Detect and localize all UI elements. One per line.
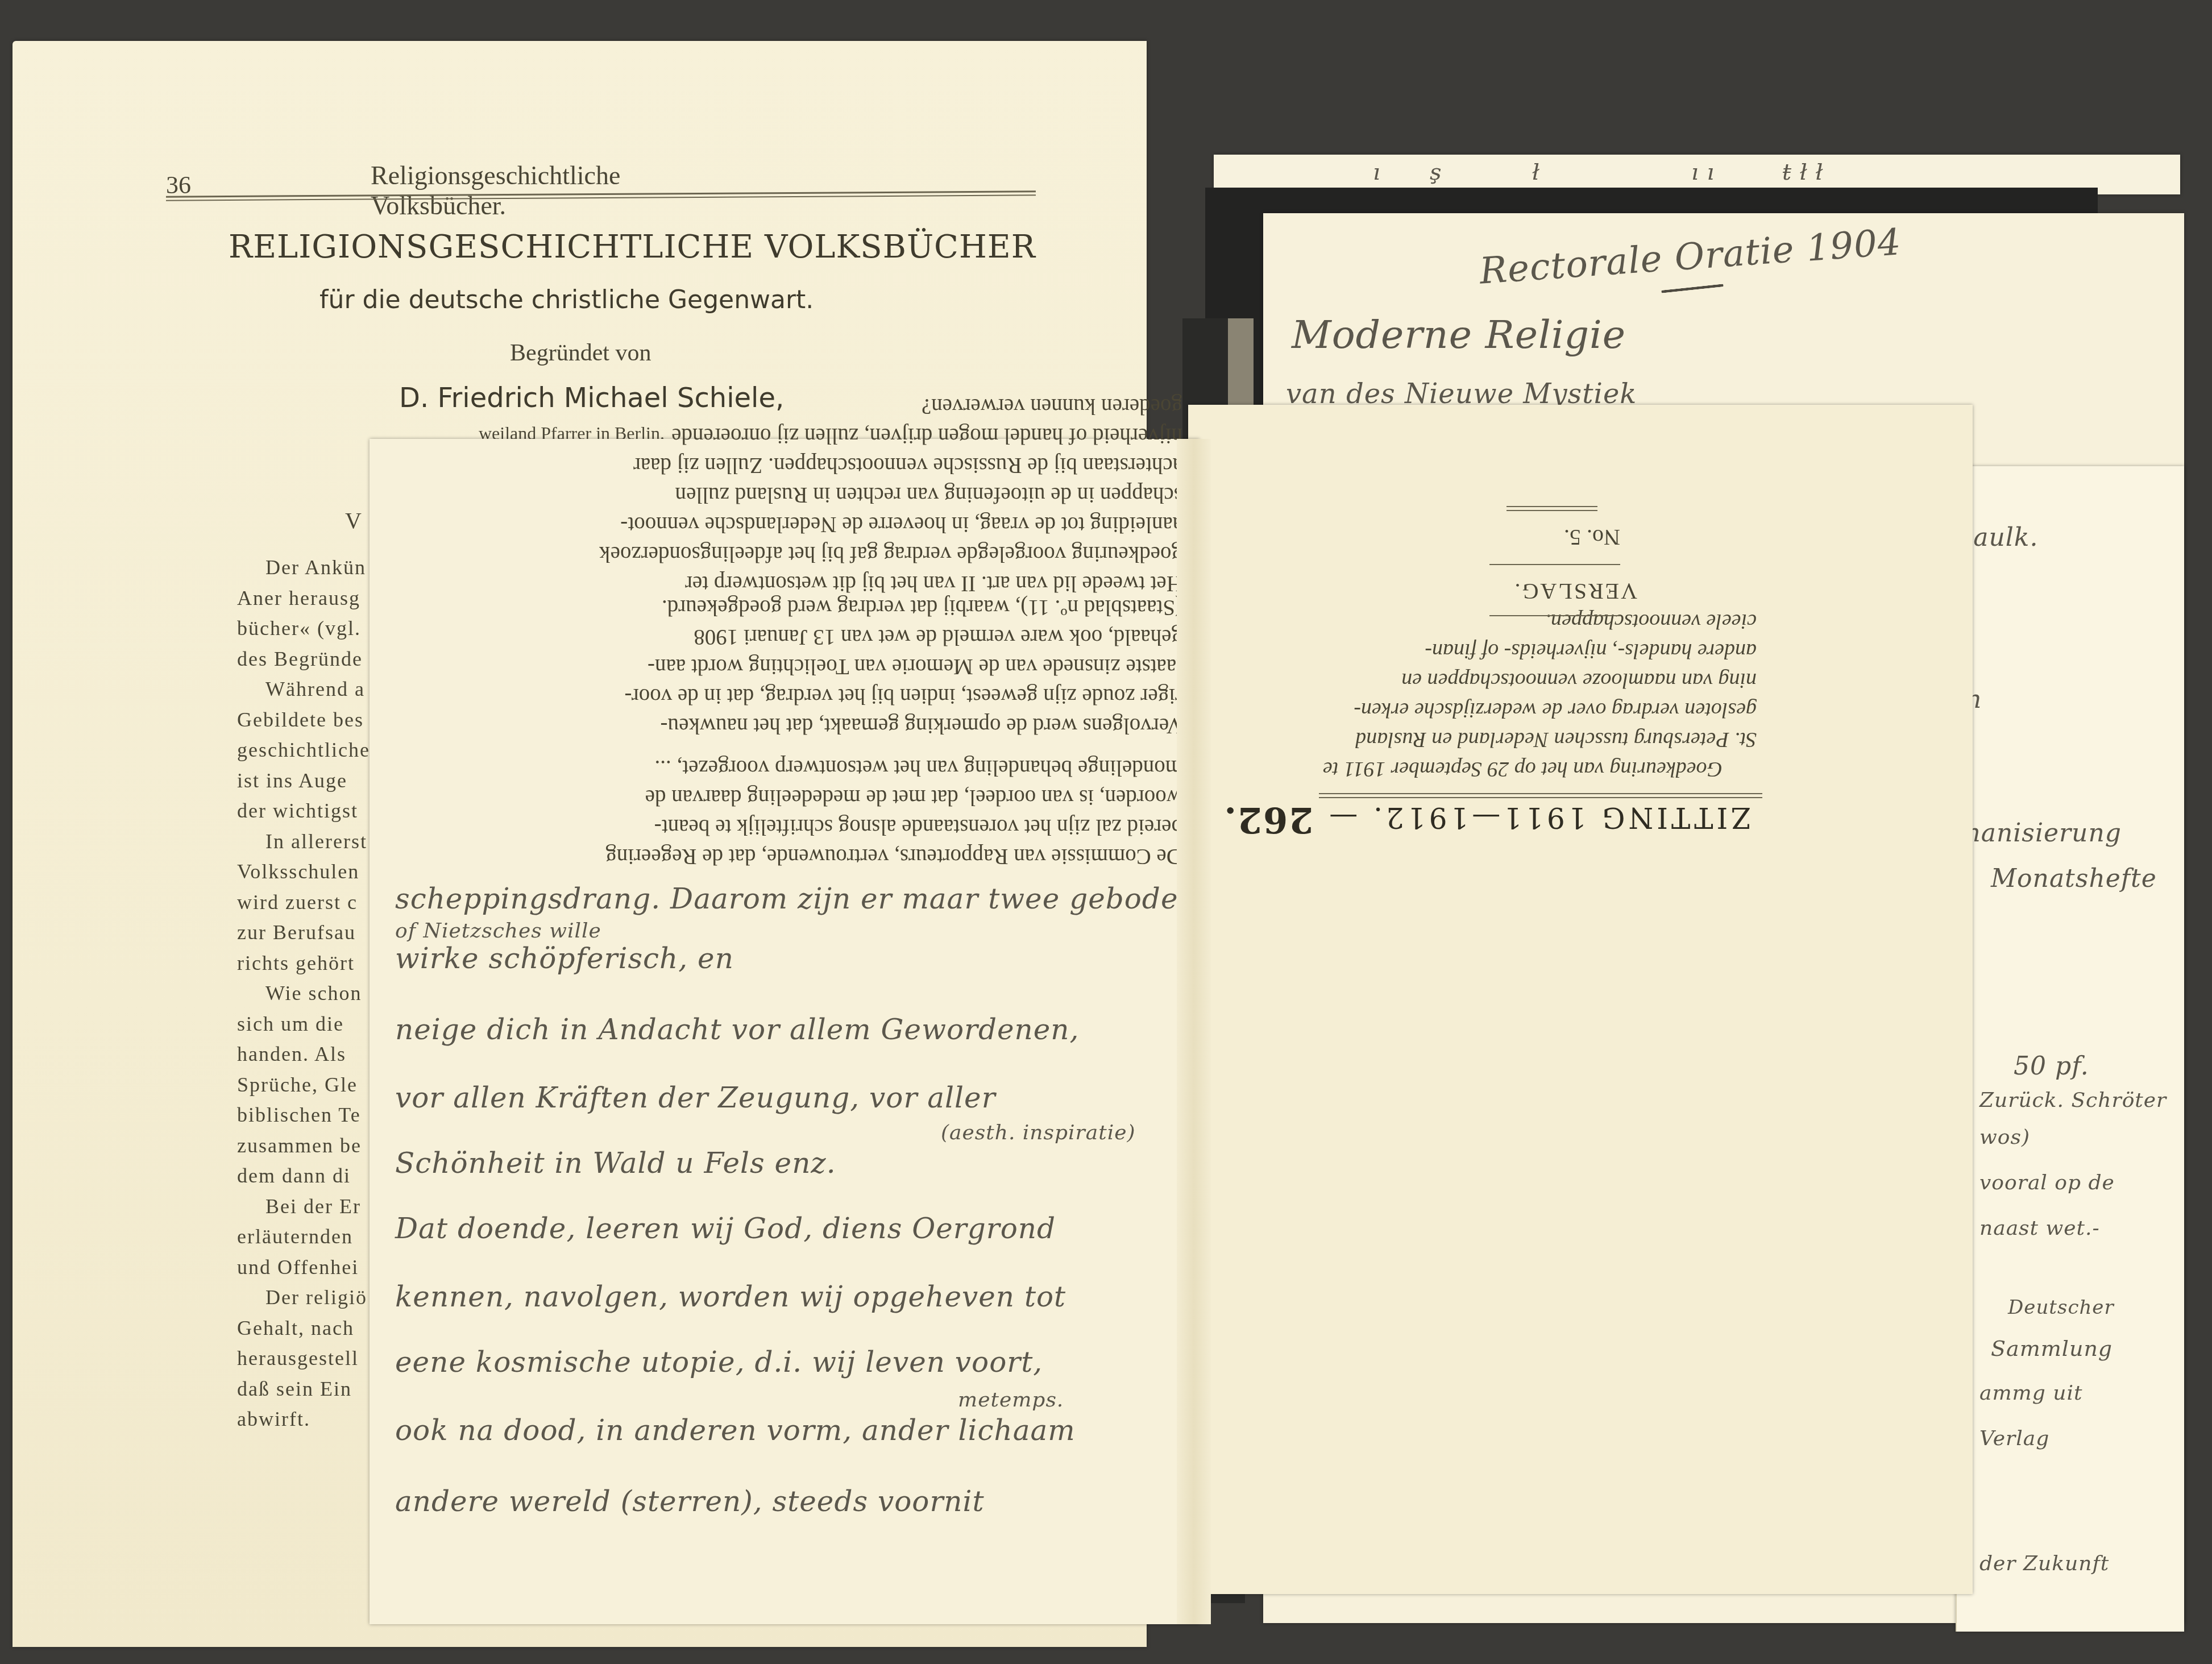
body-line: zusammen be	[237, 1131, 388, 1161]
note-line: Monatshefte	[1991, 864, 2157, 893]
strip-mark: ı ı	[1691, 159, 1715, 185]
hand-line: kennen, navolgen, worden wij opgeheven t…	[395, 1280, 1066, 1313]
body-line: Wie schon	[237, 978, 388, 1009]
hand-line: Dat doende, leeren wij God, diens Oergro…	[395, 1212, 1056, 1245]
strip-mark: ı	[1373, 159, 1381, 185]
oratie-title: Moderne Religie	[1292, 313, 1626, 358]
note-line: ammg uit	[1979, 1381, 2082, 1405]
page-fold	[1177, 439, 1211, 1624]
print-line: goederen kunnen verwerven?	[392, 391, 1182, 421]
body-line: dem dann di	[237, 1161, 388, 1192]
subject-line: cieele vennootschappen.	[1268, 607, 1757, 636]
body-line: Sprüche, Gle	[237, 1070, 388, 1101]
body-line: herausgestell	[237, 1343, 388, 1374]
note-line: vooral op de	[1979, 1171, 2115, 1194]
print-line: woorden, is van oordeel, dat met de mede…	[392, 782, 1182, 812]
body-line: Gebildete bes	[237, 705, 388, 736]
body-line: Der Ankün	[237, 553, 388, 583]
subject-line: ning van naamlooze vennootschappen en	[1268, 666, 1757, 695]
subject-line: Goedkeuring van het op 29 September 1911…	[1268, 754, 1757, 784]
hand-line: Schönheit in Wald u Fels enz.	[395, 1147, 836, 1180]
body-line: ist ins Auge	[237, 766, 388, 796]
note-line: Zurück. Schröter	[1979, 1089, 2167, 1112]
body-line: zur Berufsau	[237, 918, 388, 948]
body-line: Während a	[237, 674, 388, 705]
body-line: sich um die	[237, 1009, 388, 1040]
rule	[1489, 615, 1620, 616]
subject-line: andere handels-, nijverheids- of finan-	[1268, 636, 1757, 666]
print-line: gehaald, ook ware vermeld de wet van 13 …	[392, 622, 1182, 652]
body-line: wird zuerst c	[237, 887, 388, 918]
section-label: VERSLAG.	[1513, 578, 1637, 605]
body-line: und Offenhei	[237, 1252, 388, 1283]
verslag-report-sheet: ZITTING 1911—1912. — 262. Goedkeuring va…	[1188, 405, 1973, 1594]
body-line: des Begründe	[237, 644, 388, 675]
hand-line: vor allen Kräften der Zeugung, vor aller	[395, 1081, 996, 1114]
print-line: laatste zinsnede van de Memorie van Toel…	[392, 652, 1182, 681]
body-line: biblischen Te	[237, 1100, 388, 1131]
hand-line: eene kosmische utopie, d.i. wij leven vo…	[395, 1346, 1043, 1379]
note-line: Verlag	[1979, 1427, 2049, 1450]
document-number: 262.	[1223, 799, 1313, 841]
running-head-title: Religionsgeschichtliche Volksbücher.	[371, 160, 620, 221]
body-line: Volksschulen	[237, 857, 388, 887]
body-line: abwirft.	[237, 1404, 388, 1435]
body-line: der wichtigst	[237, 796, 388, 827]
hand-line: ook na dood, in anderen vorm, ander lich…	[395, 1414, 1076, 1447]
body-line: handen. Als	[237, 1039, 388, 1070]
hand-line: (aesth. inspiratie)	[941, 1121, 1136, 1144]
hand-line: of Nietzsches wille	[395, 919, 601, 943]
print-line: aanleiding tot de vraag, in hoeverre de …	[392, 509, 1182, 539]
series-subtitle: für die deutsche christliche Gegenwart.	[319, 285, 814, 314]
far-right-notes-sheet: paulk. in manisierung Monatshefte 50 pf.…	[1956, 466, 2184, 1632]
session-header: ZITTING 1911—1912. — 262.	[1223, 799, 1751, 841]
body-line: erläuternden	[237, 1222, 388, 1252]
body-line: daß sein Ein	[237, 1374, 388, 1405]
underline-dash	[1661, 284, 1724, 293]
double-rule	[1507, 506, 1597, 511]
body-line: richts gehört	[237, 948, 388, 979]
double-rule	[1319, 793, 1762, 798]
print-line: achterstaan bij de Russische vennootscha…	[392, 450, 1182, 480]
hand-line: scheppingsdrang. Daarom zijn er maar twe…	[395, 882, 1207, 915]
body-text-fragments: Der AnkünAner herausgbücher« (vgl.des Be…	[237, 553, 388, 1435]
print-line: De Commissie van Rapporteurs, vertrouwen…	[392, 841, 1182, 871]
item-number: No. 5.	[1564, 524, 1620, 551]
report-subject: Goedkeuring van het op 29 September 1911…	[1268, 607, 1757, 784]
note-line: naast wet.-	[1979, 1217, 2100, 1240]
print-line: riger zoude zijn geweest, indien bij het…	[392, 681, 1182, 711]
body-line: Gehalt, nach	[237, 1313, 388, 1344]
print-line: bereid zal zijn het vorenstaande alsnog …	[392, 812, 1182, 841]
body-line: In allererst	[237, 827, 388, 857]
note-line: Deutscher	[2008, 1296, 2114, 1319]
print-paragraph: Het tweede lid van art. II van het bij d…	[392, 391, 1182, 598]
strip-mark: ł	[1532, 159, 1540, 185]
note-line: Sammlung	[1991, 1336, 2113, 1361]
middle-manuscript-sheet: De Commissie van Rapporteurs, vertrouwen…	[370, 439, 1200, 1624]
session-label: ZITTING 1911—1912. —	[1326, 801, 1751, 834]
body-line: Aner herausg	[237, 583, 388, 614]
note-line: wos)	[1979, 1126, 2030, 1149]
hand-line: wirke schöpferisch, en	[395, 942, 734, 975]
print-line: mondelinge behandeling van het wetsontwe…	[392, 753, 1182, 782]
body-line: Bei der Er	[237, 1192, 388, 1222]
note-line: manisierung	[1957, 819, 2122, 848]
subject-line: St. Petersburg tusschen Nederland en Rus…	[1268, 725, 1757, 754]
strip-mark: ŧ ł ł	[1782, 159, 1823, 185]
subject-line: gesloten verdrag over de wederzijdsche e…	[1268, 695, 1757, 725]
strip-mark: ş	[1430, 159, 1442, 185]
rule	[1489, 564, 1620, 565]
print-line: Vervolgens werd de opmerking gemaakt, da…	[392, 711, 1182, 740]
founded-by-label: Begründet von	[510, 339, 651, 367]
upside-down-print: De Commissie van Rapporteurs, vertrouwen…	[392, 439, 1182, 871]
note-line: der Zukunft	[1979, 1552, 2109, 1575]
section-heading-fragment: V	[345, 507, 362, 534]
page-number: 36	[166, 171, 191, 200]
oratie-heading: Rectorale Oratie 1904	[1478, 221, 1902, 293]
hand-line: metemps.	[958, 1388, 1064, 1412]
note-line: 50 pf.	[2014, 1052, 2089, 1081]
body-line: geschichtliche	[237, 735, 388, 766]
print-paragraph: Vervolgens werd de opmerking gemaakt, da…	[392, 592, 1182, 740]
print-line: Het tweede lid van art. II van het bij d…	[392, 569, 1182, 598]
body-line: Der religiö	[237, 1283, 388, 1313]
print-line: goedkeuring voorgelegde verdrag gaf bij …	[392, 539, 1182, 569]
hand-line: neige dich in Andacht vor allem Geworden…	[395, 1013, 1079, 1046]
body-line: bücher« (vgl.	[237, 613, 388, 644]
print-paragraph: De Commissie van Rapporteurs, vertrouwen…	[392, 753, 1182, 871]
print-line: nijverheid of handel mogen drijven, zull…	[392, 421, 1182, 450]
series-title: RELIGIONSGESCHICHTLICHE VOLKSBÜCHER	[229, 229, 1036, 265]
hand-line: andere wereld (sterren), steeds voornit	[395, 1485, 985, 1518]
print-line: schappen in de uitoefening van rechten i…	[392, 480, 1182, 509]
